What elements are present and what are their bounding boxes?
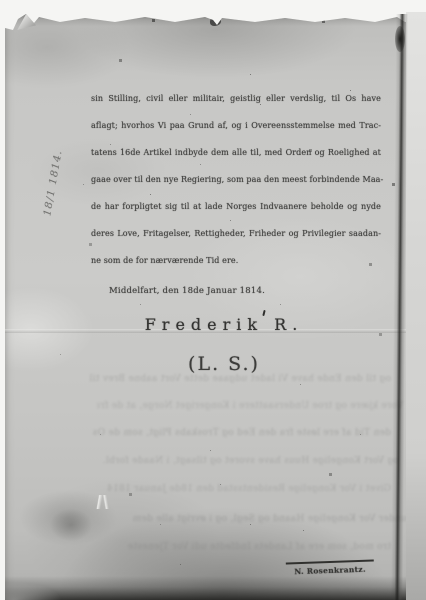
bleedthrough-line: den Tid af ere løste fra den Eed og Tros… <box>85 428 391 440</box>
bleedthrough-line: tro mod, som ere af Landets Indfødte udi… <box>85 542 391 554</box>
bleedthrough-line: Givet i Vor Kongelige Residentsstad den … <box>85 484 391 496</box>
fold-knot <box>395 26 405 52</box>
body-line: de har forpligtet sig til at lade Norges… <box>91 201 381 214</box>
margin-annotation: 18/1 1814. <box>40 143 66 224</box>
bleedthrough-line: og til den Ende have Vi ladet udgaae det… <box>85 374 391 386</box>
bleedthrough-line: Vore kjære og troe Undersaattere i Konge… <box>97 401 403 413</box>
document-photograph: sin Stilling, civil eller militair, geis… <box>0 0 426 600</box>
body-line: aflagt; hvorhos Vi paa Grund af, og i Ov… <box>91 120 381 133</box>
body-line: tatens 16de Artikel indbyde dem alle til… <box>91 147 381 160</box>
bottom-edge-shadow <box>5 576 426 600</box>
body-line: deres Love, Fritagelser, Rettigheder, Fr… <box>91 228 381 241</box>
dust-specks <box>5 12 6 13</box>
royal-signature: Frederik R. <box>89 315 359 334</box>
bleedthrough-line: og Vort Kongelige Huus have svoret og ti… <box>93 456 399 468</box>
paper-sheet: sin Stilling, civil eller militair, geis… <box>5 12 426 600</box>
stain-blotch <box>49 508 93 542</box>
white-scratch <box>85 495 115 509</box>
adjacent-page-edge <box>406 12 426 600</box>
body-line: gaae over til den nye Regiering, som paa… <box>91 174 381 187</box>
countersignature-stamp: N. Rosenkrantz. <box>286 559 374 576</box>
dateline: Middelfart, den 18de Januar 1814. <box>109 286 309 296</box>
bleedthrough-line: under Vor Kongelige Haand og Segl, og i … <box>101 514 407 526</box>
body-line: ne som de for nærværende Tid ere. <box>91 255 381 268</box>
seal-mark: (L. S.) <box>89 353 359 375</box>
body-line: sin Stilling, civil eller militair, geis… <box>91 93 381 106</box>
